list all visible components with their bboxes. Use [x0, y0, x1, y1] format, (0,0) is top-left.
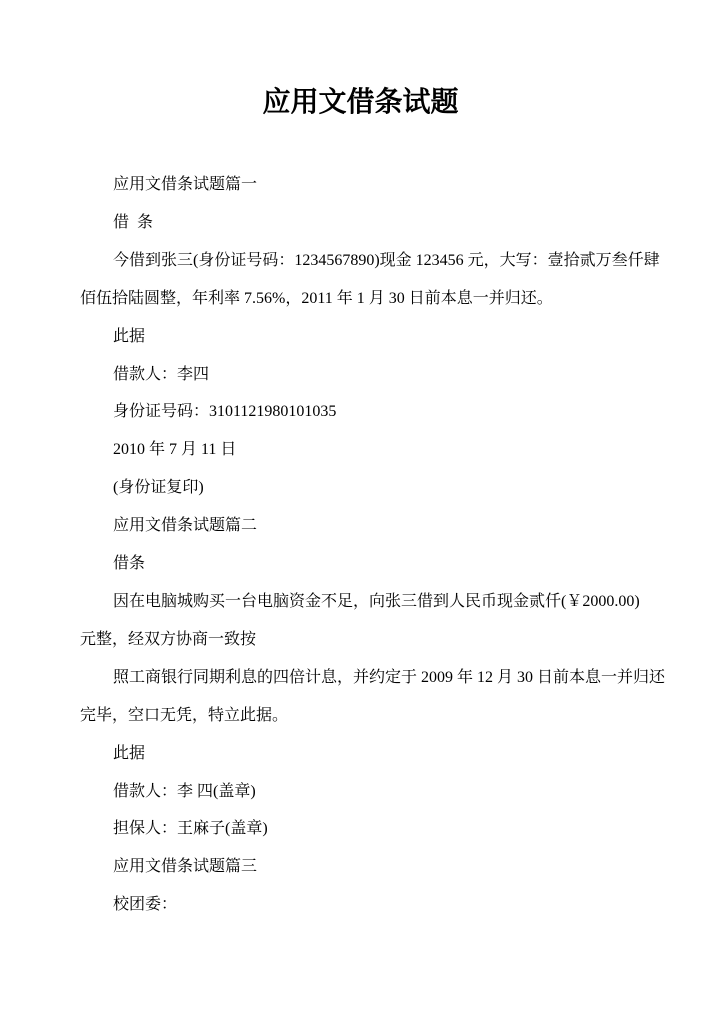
doc-line-paragraph-continued: 佰伍拾陆圆整，年利率 7.56%，2011 年 1 月 30 日前本息一并归还。 [80, 280, 641, 318]
doc-line-guarantor: 担保人：王麻子(盖章) [80, 810, 641, 848]
doc-line-section3-heading: 应用文借条试题篇三 [80, 848, 641, 886]
doc-line-iou-title: 借条 [80, 545, 641, 583]
doc-line-attestation: 此据 [80, 735, 641, 773]
doc-line-salutation: 校团委： [80, 886, 641, 924]
doc-line-attestation: 此据 [80, 318, 641, 356]
doc-line-paragraph: 照工商银行同期利息的四倍计息，并约定于 2009 年 12 月 30 日前本息一… [80, 659, 641, 697]
doc-line-paragraph-continued: 元整，经双方协商一致按 [80, 621, 641, 659]
document-page: 应用文借条试题 应用文借条试题篇一 借 条 今借到张三(身份证号码：123456… [0, 0, 721, 1020]
doc-line-paragraph-continued: 完毕，空口无凭，特立此据。 [80, 697, 641, 735]
document-title: 应用文借条试题 [0, 84, 721, 122]
doc-line-borrower: 借款人：李四 [80, 356, 641, 394]
doc-line-section1-heading: 应用文借条试题篇一 [80, 166, 641, 204]
doc-line-id-number: 身份证号码：3101121980101035 [80, 393, 641, 431]
doc-line-id-copy-note: (身份证复印) [80, 469, 641, 507]
doc-line-date: 2010 年 7 月 11 日 [80, 431, 641, 469]
document-body: 应用文借条试题篇一 借 条 今借到张三(身份证号码：1234567890)现金 … [0, 166, 721, 924]
doc-line-section2-heading: 应用文借条试题篇二 [80, 507, 641, 545]
doc-line-paragraph: 今借到张三(身份证号码：1234567890)现金 123456 元，大写：壹拾… [80, 242, 641, 280]
doc-line-iou-title: 借 条 [80, 204, 641, 242]
doc-line-borrower: 借款人：李 四(盖章) [80, 773, 641, 811]
doc-line-paragraph: 因在电脑城购买一台电脑资金不足，向张三借到人民币现金贰仟(￥2000.00) [80, 583, 641, 621]
